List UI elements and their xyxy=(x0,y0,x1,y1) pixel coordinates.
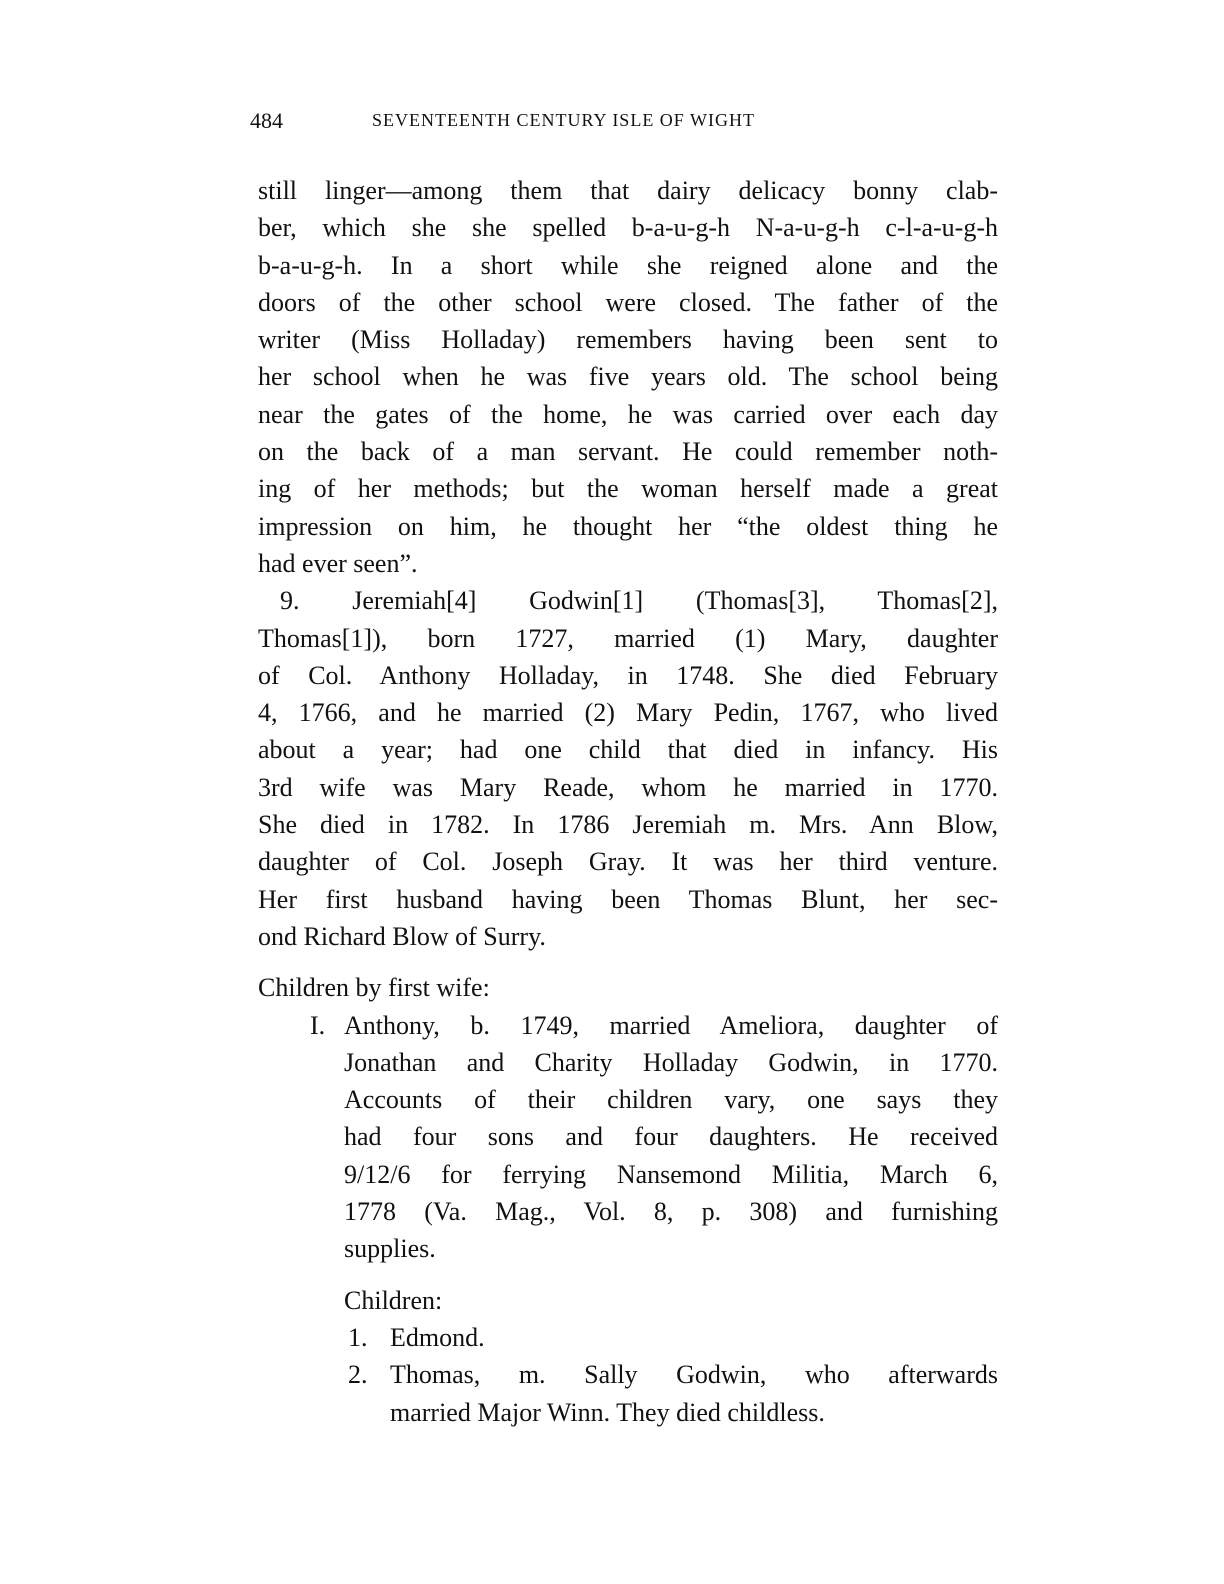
text-line: Edmond. xyxy=(390,1319,998,1356)
text-line: had ever seen”. xyxy=(258,545,998,582)
sub-child-label: 2. xyxy=(348,1356,368,1393)
text-line: Thomas, m. Sally Godwin, who afterwards xyxy=(390,1356,998,1393)
page-number: 484 xyxy=(250,108,283,134)
sub-child-entry: 2. Thomas, m. Sally Godwin, who afterwar… xyxy=(258,1356,998,1431)
text-line: married Major Winn. They died childless. xyxy=(390,1394,998,1431)
child-entry-I: I. Anthony, b. 1749, married Ameliora, d… xyxy=(258,1007,998,1268)
running-title: SEVENTEENTH CENTURY ISLE OF WIGHT xyxy=(372,110,755,131)
page-header: 484 SEVENTEENTH CENTURY ISLE OF WIGHT xyxy=(250,108,1010,142)
sub-child-entry: 1. Edmond. xyxy=(258,1319,998,1356)
text-line: b-a-u-g-h. In a short while she reigned … xyxy=(258,247,998,284)
text-line: Thomas[1]), born 1727, married (1) Mary,… xyxy=(258,620,998,657)
text-line: still linger—among them that dairy delic… xyxy=(258,172,998,209)
text-line: of Col. Anthony Holladay, in 1748. She d… xyxy=(258,657,998,694)
text-line: 1778 (Va. Mag., Vol. 8, p. 308) and furn… xyxy=(344,1193,998,1230)
text-line: ber, which she she spelled b-a-u-g-h N-a… xyxy=(258,209,998,246)
text-line: writer (Miss Holladay) remembers having … xyxy=(258,321,998,358)
text-line: Accounts of their children vary, one say… xyxy=(344,1081,998,1118)
text-line: She died in 1782. In 1786 Jeremiah m. Mr… xyxy=(258,806,998,843)
text-line: about a year; had one child that died in… xyxy=(258,731,998,768)
text-line: Jonathan and Charity Holladay Godwin, in… xyxy=(344,1044,998,1081)
text-line: had four sons and four daughters. He rec… xyxy=(344,1118,998,1155)
sub-child-label: 1. xyxy=(348,1319,368,1356)
text-line: daughter of Col. Joseph Gray. It was her… xyxy=(258,843,998,880)
text-line: 9/12/6 for ferrying Nansemond Militia, M… xyxy=(344,1156,998,1193)
text-line: near the gates of the home, he was carri… xyxy=(258,396,998,433)
text-line: impression on him, he thought her “the o… xyxy=(258,508,998,545)
paragraph-1: still linger—among them that dairy delic… xyxy=(258,172,998,582)
sub-children-heading: Children: xyxy=(344,1282,998,1319)
text-line: ond Richard Blow of Surry. xyxy=(258,918,998,955)
text-line: ing of her methods; but the woman hersel… xyxy=(258,470,998,507)
child-label: I. xyxy=(310,1007,325,1044)
text-line: supplies. xyxy=(344,1230,998,1267)
text-line: 3rd wife was Mary Reade, whom he married… xyxy=(258,769,998,806)
text-line: her school when he was five years old. T… xyxy=(258,358,998,395)
children-heading: Children by first wife: xyxy=(258,969,998,1006)
text-line: 4, 1766, and he married (2) Mary Pedin, … xyxy=(258,694,998,731)
text-line: on the back of a man servant. He could r… xyxy=(258,433,998,470)
text-line: doors of the other school were closed. T… xyxy=(258,284,998,321)
page-body: still linger—among them that dairy delic… xyxy=(258,172,998,1431)
paragraph-2: 9. Jeremiah[4] Godwin[1] (Thomas[3], Tho… xyxy=(258,582,998,955)
text-line: Her first husband having been Thomas Blu… xyxy=(258,881,998,918)
text-line: Anthony, b. 1749, married Ameliora, daug… xyxy=(344,1007,998,1044)
text-line: 9. Jeremiah[4] Godwin[1] (Thomas[3], Tho… xyxy=(258,582,998,619)
